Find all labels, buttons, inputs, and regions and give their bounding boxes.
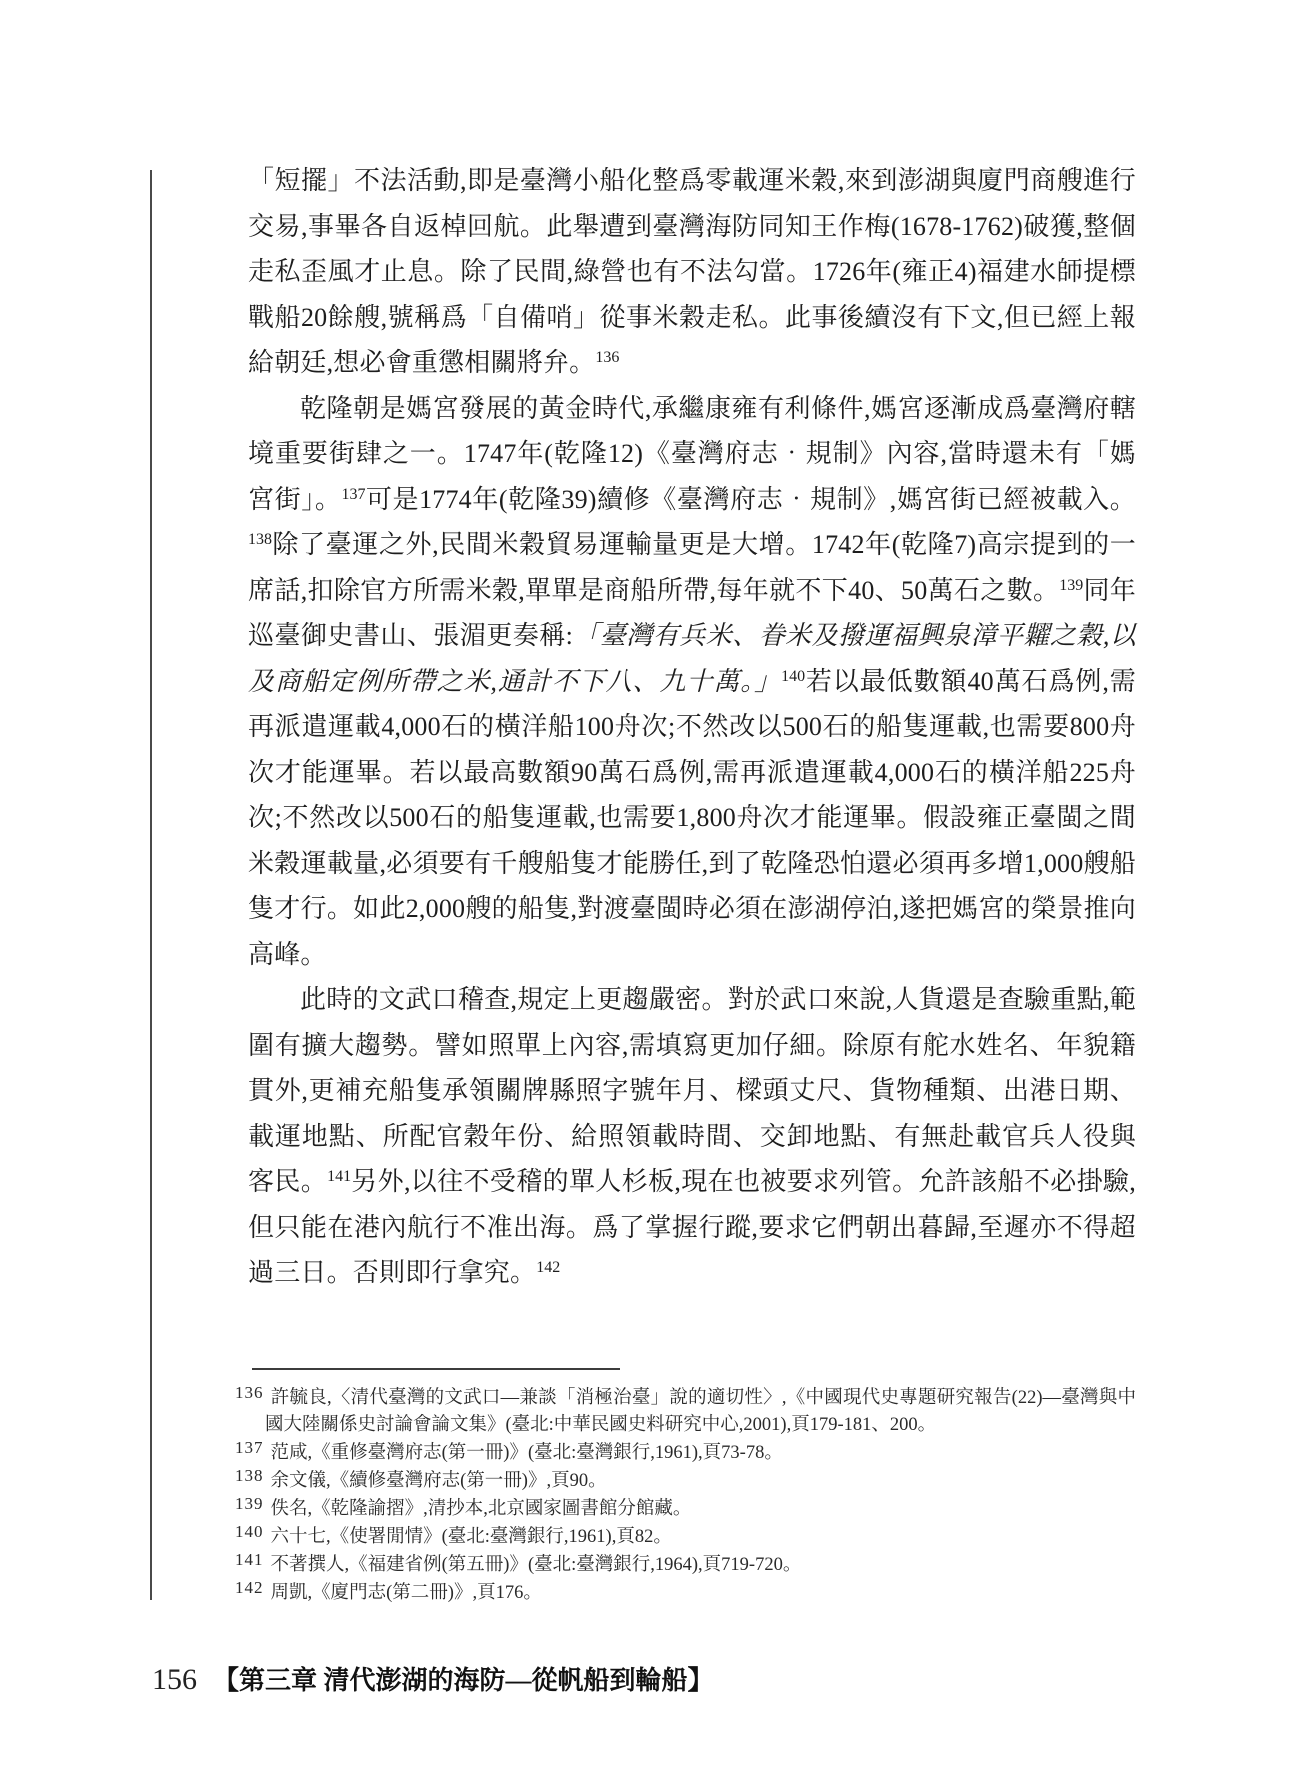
footnote: 140六十七,《使署閒情》(臺北:臺灣銀行,1961),頁82。 — [235, 1523, 1136, 1551]
footnote-number: 138 — [235, 1466, 264, 1485]
footnote: 139佚名,《乾隆諭摺》,清抄本,北京國家圖書館分館藏。 — [235, 1495, 1136, 1523]
paragraph: 乾隆朝是媽宮發展的黃金時代,承繼康雍有利條件,媽宮逐漸成爲臺灣府轄境重要街肆之一… — [248, 386, 1136, 978]
body-paragraphs: 「短擺」不法活動,即是臺灣小船化整爲零載運米穀,來到澎湖與廈門商艘進行交易,事畢… — [248, 158, 1136, 1296]
footnote: 141不著撰人,《福建省例(第五冊)》(臺北:臺灣銀行,1964),頁719-7… — [235, 1551, 1136, 1579]
footnote-section: 136許毓良,〈清代臺灣的文武口—兼談「消極治臺」說的適切性〉,《中國現代史專題… — [235, 1368, 1136, 1607]
footnote-text: 佚名,《乾隆諭摺》,清抄本,北京國家圖書館分館藏。 — [271, 1499, 692, 1519]
footnote: 142周凱,《廈門志(第二冊)》,頁176。 — [235, 1579, 1136, 1607]
footnote-number: 136 — [235, 1383, 264, 1402]
body-text-run: 另外,以往不受稽的單人杉板,現在也被要求列管。允許該船不必掛驗,但只能在港內航行… — [248, 1167, 1136, 1287]
body-text-run: 可是1774年(乾隆39)續修《臺灣府志‧規制》,媽宮街已經被載入。 — [365, 485, 1136, 514]
paragraph: 此時的文武口稽查,規定上更趨嚴密。對於武口來說,人貨還是查驗重點,範圍有擴大趨勢… — [248, 977, 1136, 1296]
footnote: 138余文儀,《續修臺灣府志(第一冊)》,頁90。 — [235, 1467, 1136, 1495]
body-text-run: 若以最低數額40萬石爲例,需再派遣運載4,000石的橫洋船100舟次;不然改以5… — [248, 667, 1136, 969]
footnote: 136許毓良,〈清代臺灣的文武口—兼談「消極治臺」說的適切性〉,《中國現代史專題… — [235, 1384, 1136, 1439]
footnote: 137范咸,《重修臺灣府志(第一冊)》(臺北:臺灣銀行,1961),頁73-78… — [235, 1439, 1136, 1467]
footnote-number: 137 — [235, 1438, 264, 1457]
footnote-ref: 138 — [248, 531, 272, 548]
footnote-text: 不著撰人,《福建省例(第五冊)》(臺北:臺灣銀行,1964),頁719-720。 — [271, 1555, 802, 1575]
footnote-text: 六十七,《使署閒情》(臺北:臺灣銀行,1961),頁82。 — [271, 1527, 672, 1547]
footnote-ref: 136 — [595, 349, 619, 366]
footnote-number: 141 — [235, 1550, 264, 1569]
footnote-ref: 139 — [1059, 577, 1083, 594]
footnote-ref: 142 — [536, 1259, 560, 1276]
page-number: 156 — [152, 1663, 197, 1696]
page-footer: 156【第三章 清代澎湖的海防—從帆船到輪船】 — [152, 1660, 714, 1697]
footnote-ref: 141 — [327, 1168, 351, 1185]
paragraph: 「短擺」不法活動,即是臺灣小船化整爲零載運米穀,來到澎湖與廈門商艘進行交易,事畢… — [248, 158, 1136, 386]
footnote-number: 139 — [235, 1494, 264, 1513]
body-text-run: 此時的文武口稽查,規定上更趨嚴密。對於武口來說,人貨還是查驗重點,範圍有擴大趨勢… — [248, 985, 1136, 1196]
body-text-run: 除了臺運之外,民間米穀貿易運輸量更是大增。1742年(乾隆7)高宗提到的一席話,… — [248, 530, 1136, 605]
body-text-run: 「短擺」不法活動,即是臺灣小船化整爲零載運米穀,來到澎湖與廈門商艘進行交易,事畢… — [248, 166, 1136, 377]
footnote-list: 136許毓良,〈清代臺灣的文武口—兼談「消極治臺」說的適切性〉,《中國現代史專題… — [235, 1384, 1136, 1607]
footnote-text: 范咸,《重修臺灣府志(第一冊)》(臺北:臺灣銀行,1961),頁73-78。 — [271, 1443, 783, 1463]
footnote-separator — [252, 1368, 620, 1370]
book-page: 「短擺」不法活動,即是臺灣小船化整爲零載運米穀,來到澎湖與廈門商艘進行交易,事畢… — [0, 0, 1300, 1778]
footnote-number: 140 — [235, 1522, 264, 1541]
footnote-ref: 137 — [341, 486, 365, 503]
chapter-title: 【第三章 清代澎湖的海防—從帆船到輪船】 — [213, 1666, 714, 1695]
footnote-text: 余文儀,《續修臺灣府志(第一冊)》,頁90。 — [271, 1471, 607, 1491]
footnote-text: 許毓良,〈清代臺灣的文武口—兼談「消極治臺」說的適切性〉,《中國現代史專題研究報… — [265, 1388, 1136, 1435]
footnote-number: 142 — [235, 1578, 264, 1597]
footnote-ref: 140 — [781, 668, 805, 685]
footnote-text: 周凱,《廈門志(第二冊)》,頁176。 — [271, 1583, 542, 1603]
left-margin-rule — [150, 170, 152, 1600]
